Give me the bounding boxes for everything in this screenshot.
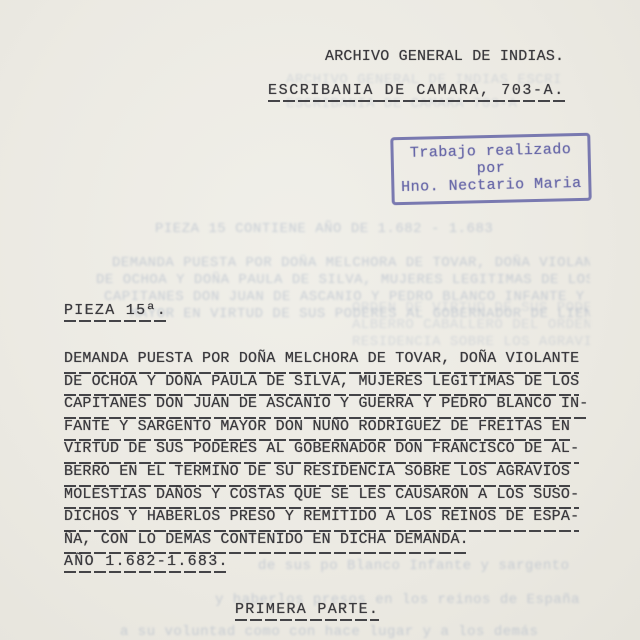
stamp-line-3: Hno. Nectario Maria [398, 175, 584, 196]
ghost-text-line: PIEZA 15 CONTIENE AÑO DE 1.682 - 1.683 [155, 221, 493, 237]
piece-heading: PIEZA 15ª. [64, 302, 167, 322]
archive-reference: ESCRIBANIA DE CAMARA, 703-A. [268, 82, 565, 102]
paragraph-line: ÑA, CON LO DEMAS CONTENIDO EN DICHA DEMA… [64, 529, 469, 555]
demand-paragraph: DEMANDA PUESTA POR DOÑA MELCHORA DE TOVA… [64, 347, 588, 550]
ghost-text-line: MAYOR EN VIRTUD DE SUS PODERES AL GOBERN… [130, 306, 590, 322]
year-range: AÑO 1.682-1.683. [64, 553, 229, 573]
rubber-stamp: Trabajo realizado por Hno. Nectario Mari… [390, 133, 591, 206]
ghost-text-line: de sus po Blanco Infante y sargento [258, 558, 570, 574]
ghost-text-line: a su voluntad como con hace lugar y a lo… [120, 624, 538, 640]
part-heading: PRIMERA PARTE. [235, 601, 379, 621]
ghost-text-line: DEMANDA PUESTA POR DOÑA MELCHORA DE TOVA… [112, 255, 590, 271]
ghost-text-line: ALBERRO CABALLERO DEL ORDEN [352, 317, 590, 333]
ghost-text-line: CAPITANES DON JUAN DE ASCANIO Y PEDRO BL… [104, 289, 590, 305]
ghost-text-line: ORDEN DE VIRTUD DE SUS PODERES [352, 300, 590, 316]
scanned-document-page: ARCHIVO GENERAL DE INDIAS ESCRI ESCRIBAN… [0, 0, 640, 640]
ghost-text-line: DE OCHOA Y DOÑA PAULA DE SILVA, MUJERES … [96, 272, 590, 288]
archive-title: ARCHIVO GENERAL DE INDIAS. [325, 48, 564, 65]
